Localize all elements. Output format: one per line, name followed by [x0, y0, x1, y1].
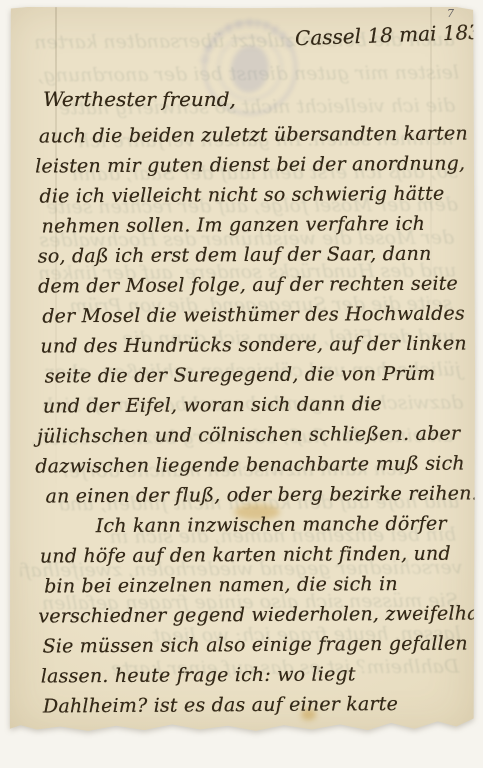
body-line: leisten mir guten dienst bei der anordnu…	[35, 148, 469, 181]
library-stamp-icon: UNIVERSITÄTS	[183, 1, 316, 134]
body-line: an einen der fluß, oder berg bezirke rei…	[45, 478, 471, 511]
body-line: Ich kann inzwischen manche dörfer	[96, 508, 472, 541]
salutation: Werthester freund,	[43, 87, 236, 111]
body-line: bin bei einzelnen namen, die sich in	[44, 568, 472, 601]
body-line: Dahlheim? ist es das auf einer karte	[43, 688, 473, 721]
body-line: Sie müssen sich also einige fragen gefal…	[42, 628, 472, 661]
body-line: nehmen sollen. Im ganzen verfahre ich	[42, 208, 470, 241]
body-line: und des Hundrücks sondere, auf der linke…	[40, 328, 470, 361]
body-line: verschiedner gegend wiederholen, zweifel…	[38, 598, 472, 631]
letter-paper: auch die beiden zuletzt übersandten kart…	[9, 7, 475, 736]
body-line: dem der Mosel folge, auf der rechten sei…	[38, 268, 470, 301]
page-number: 7	[447, 7, 454, 20]
dateline: Cassel 18 mai 1839	[295, 20, 481, 50]
scan-background: auch die beiden zuletzt übersandten kart…	[0, 0, 483, 768]
letter-paper-wrap: auch die beiden zuletzt übersandten kart…	[9, 7, 475, 736]
letter-body: auch die beiden zuletzt übersandten kart…	[31, 118, 473, 721]
body-line: jülichschen und cölnischen schließen. ab…	[37, 418, 471, 451]
body-line: dazwischen liegende benachbarte muß sich	[35, 448, 471, 481]
body-line: der Mosel die weisthümer des Hochwaldes	[42, 298, 470, 331]
body-line: seite die der Suregegend, die von Prüm	[45, 358, 471, 391]
body-line: und der Eifel, woran sich dann die	[43, 388, 471, 421]
body-line: so, daß ich erst dem lauf der Saar, dann	[38, 238, 470, 271]
body-line: lassen. heute frage ich: wo liegt	[41, 658, 473, 691]
body-line: und höfe auf den karten nicht finden, un…	[40, 538, 472, 571]
body-line: die ich vielleicht nicht so schwierig hä…	[39, 178, 469, 211]
body-line: auch die beiden zuletzt übersandten kart…	[39, 118, 469, 151]
